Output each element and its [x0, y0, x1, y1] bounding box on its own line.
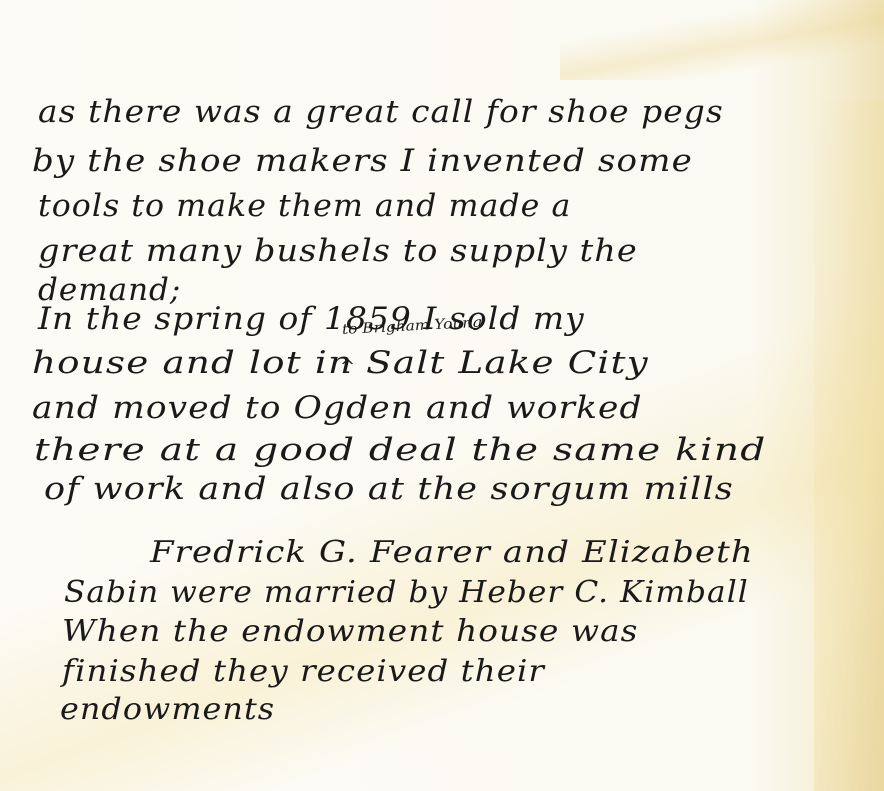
text-line: and moved to Ogden and worked — [32, 390, 643, 426]
text-line: tools to make them and made a — [38, 188, 571, 224]
text-line: In the spring of 1859 I sold my — [38, 301, 585, 337]
paper-stain-right-edge — [814, 100, 884, 791]
text-line: Fredrick G. Fearer and Elizabeth — [150, 535, 754, 570]
paper-stain-top — [560, 0, 884, 80]
text-line: house and lot in Salt Lake City — [32, 345, 649, 381]
text-line: there at a good deal the same kind — [34, 432, 766, 468]
text-line: great many bushels to supply the — [38, 233, 638, 269]
manuscript-page: as there was a great call for shoe pegs … — [0, 0, 884, 791]
text-line: When the endowment house was — [62, 614, 639, 649]
text-line: Sabin were married by Heber C. Kimball — [64, 575, 749, 610]
text-line: of work and also at the sorgum mills — [44, 471, 734, 507]
text-line: by the shoe makers I invented some — [32, 143, 693, 179]
text-line: endowments — [60, 692, 275, 727]
text-line: as there was a great call for shoe pegs — [38, 94, 724, 130]
text-line: finished they received their — [62, 654, 545, 689]
